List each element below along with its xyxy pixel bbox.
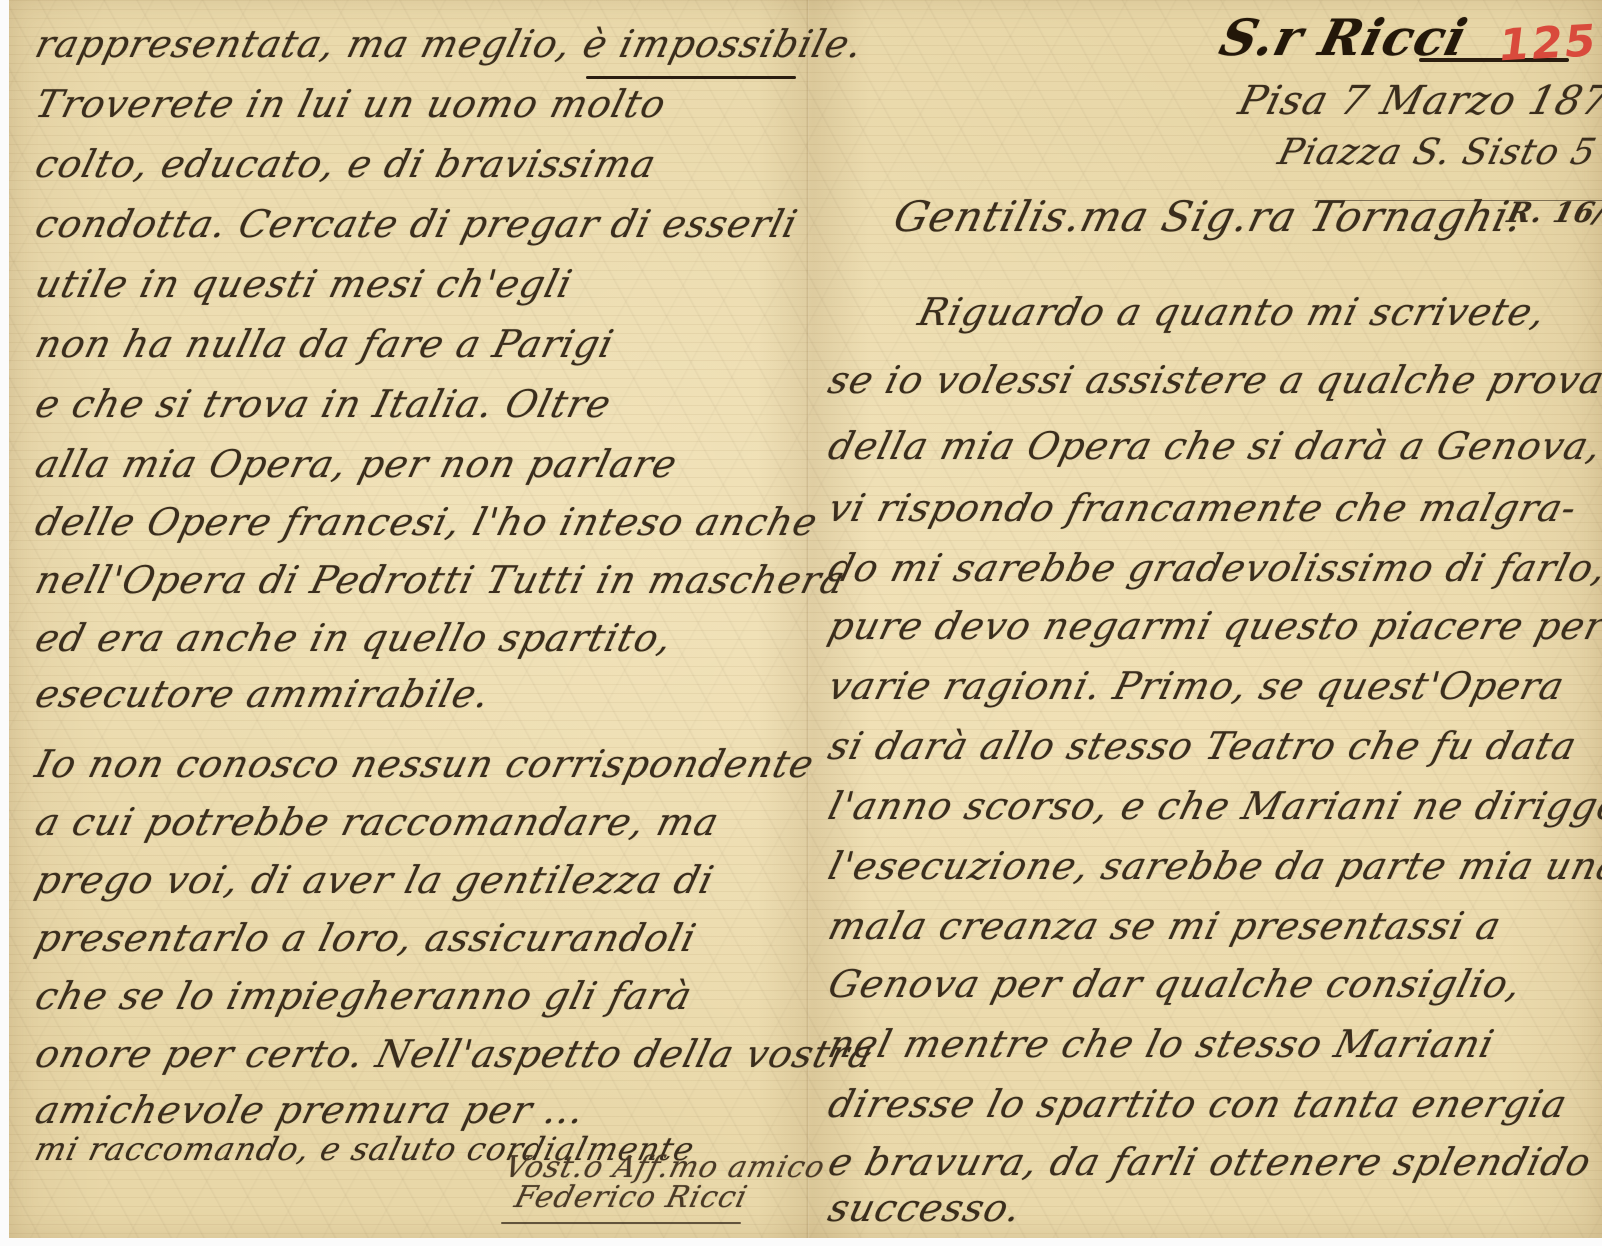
right-page: Riguardo a quanto mi scrivete, se io vol…	[824, 0, 1594, 1238]
left-line-14: a cui potrebbe raccomandare, ma	[31, 800, 724, 844]
left-line-9: delle Opere francesi, l'ho inteso anche	[31, 500, 823, 544]
left-line-11: ed era anche in quello spartito,	[31, 616, 677, 660]
right-line-6: pure devo negarmi questo piacere per	[824, 604, 1602, 648]
left-line-16: presentarlo a loro, assicurandoli	[31, 916, 701, 960]
left-line-4: condotta. Cercate di pregar di esserli	[31, 202, 802, 246]
left-line-5: utile in questi mesi ch'egli	[31, 262, 577, 306]
right-line-10: l'esecuzione, sarebbe da parte mia una	[824, 844, 1602, 888]
right-line-3: della mia Opera che si darà a Genova,	[824, 424, 1602, 468]
right-line-8: si darà allo stesso Teatro che fu data	[824, 724, 1582, 768]
left-line-3: colto, educato, e di bravissima	[31, 142, 661, 186]
right-line-4: vi rispondo francamente che malgra-	[824, 486, 1582, 530]
left-line-19: amichevole premura per ...	[31, 1088, 590, 1132]
left-line-18: onore per certo. Nell'aspetto della vost…	[31, 1032, 878, 1076]
right-line-2: se io volessi assistere a qualche prova	[824, 358, 1602, 402]
right-line-11: mala creanza se mi presentassi a	[824, 904, 1506, 948]
left-line-2: Troverete in lui un uomo molto	[31, 82, 671, 126]
signature: Federico Ricci	[511, 1180, 751, 1215]
right-line-16: successo.	[824, 1186, 1026, 1230]
right-line-7: varie ragioni. Primo, se quest'Opera	[824, 664, 1569, 708]
right-line-1: Riguardo a quanto mi scrivete,	[914, 290, 1551, 334]
right-line-15: e bravura, da farli ottenere splendido	[824, 1140, 1596, 1184]
left-line-6: non ha nulla da fare a Parigi	[31, 322, 619, 366]
left-line-10: nell'Opera di Pedrotti Tutti in maschera	[31, 558, 850, 602]
left-line-12: esecutore ammirabile.	[31, 672, 495, 716]
underline-impossibile	[586, 76, 796, 79]
left-line-13: Io non conosco nessun corrispondente	[31, 742, 819, 786]
left-line-7: e che si trova in Italia. Oltre	[31, 382, 616, 426]
signature-flourish	[501, 1222, 741, 1224]
right-line-12: Genova per dar qualche consiglio,	[824, 962, 1526, 1006]
right-line-5: do mi sarebbe gradevolissimo di farlo,	[824, 546, 1602, 590]
right-line-14: diresse lo spartito con tanta energia	[824, 1082, 1572, 1126]
letter-sheet: rappresentata, ma meglio, è impossibile.…	[9, 0, 1602, 1238]
left-line-15: prego voi, di aver la gentilezza di	[31, 858, 719, 902]
left-line-8: alla mia Opera, per non parlare	[31, 442, 682, 486]
left-line-1: rappresentata, ma meglio, è impossibile.	[31, 22, 868, 66]
right-line-13: nel mentre che lo stesso Mariani	[824, 1022, 1499, 1066]
left-line-17: che se lo impiegheranno gli farà	[31, 974, 697, 1018]
left-page: rappresentata, ma meglio, è impossibile.…	[31, 0, 801, 1238]
right-line-9: l'anno scorso, e che Mariani ne dirigger…	[824, 784, 1602, 828]
